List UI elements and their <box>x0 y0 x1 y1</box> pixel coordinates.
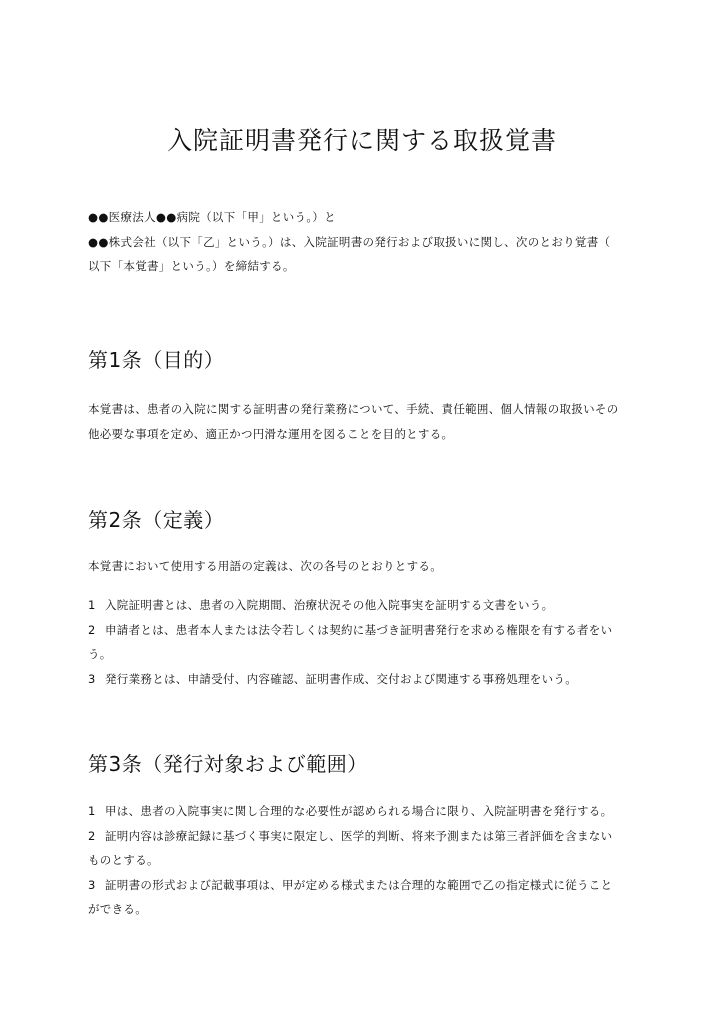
body-line: 本覚書は、患者の入院に関する証明書の発行業務について、手続、責任範囲、個人情報の… <box>88 397 648 422</box>
article-1-heading: 第1条（目的） <box>88 346 224 374</box>
list-item-continuation: う。 <box>88 642 648 667</box>
body-line: 他必要な事項を定め、適正かつ円滑な運用を図ることを目的とする。 <box>88 422 648 447</box>
document-page: 入院証明書発行に関する取扱覚書 ●●医療法人●●病院（以下「甲」という。）と ●… <box>0 0 724 1024</box>
preamble-line: ●●医療法人●●病院（以下「甲」という。）と <box>88 205 648 230</box>
item-text: 入院証明書とは、患者の入院期間、治療状況その他入院事実を証明する文書をいう。 <box>105 598 553 612</box>
item-text: 発行業務とは、申請受付、内容確認、証明書作成、交付および関連する事務処理をいう。 <box>105 672 577 686</box>
preamble-line: ●●株式会社（以下「乙」という。）は、入院証明書の発行および取扱いに関し、次のと… <box>88 230 648 255</box>
list-item-continuation: ものとする。 <box>88 848 648 873</box>
intro-line: 本覚書において使用する用語の定義は、次の各号のとおりとする。 <box>88 554 648 579</box>
item-text: 申請者とは、患者本人または法令若しくは契約に基づき証明書発行を求める権限を有する… <box>105 623 612 637</box>
list-item: 3証明書の形式および記載事項は、甲が定める様式または合理的な範囲で乙の指定様式に… <box>88 873 648 898</box>
list-item-continuation: ができる。 <box>88 897 648 922</box>
article-2-items: 1入院証明書とは、患者の入院期間、治療状況その他入院事実を証明する文書をいう。 … <box>88 593 648 691</box>
item-number: 2 <box>88 618 105 643</box>
item-number: 1 <box>88 799 105 824</box>
item-text: 証明書の形式および記載事項は、甲が定める様式または合理的な範囲で乙の指定様式に従… <box>105 878 612 892</box>
article-3-heading: 第3条（発行対象および範囲） <box>88 750 368 778</box>
article-2-heading: 第2条（定義） <box>88 506 224 534</box>
article-3-items: 1甲は、患者の入院事実に関し合理的な必要性が認められる場合に限り、入院証明書を発… <box>88 799 648 922</box>
list-item: 3発行業務とは、申請受付、内容確認、証明書作成、交付および関連する事務処理をいう… <box>88 667 648 692</box>
item-number: 3 <box>88 667 105 692</box>
item-text: 甲は、患者の入院事実に関し合理的な必要性が認められる場合に限り、入院証明書を発行… <box>105 804 612 818</box>
item-text: 証明内容は診療記録に基づく事実に限定し、医学的判断、将来予測または第三者評価を含… <box>105 829 612 843</box>
article-2-intro: 本覚書において使用する用語の定義は、次の各号のとおりとする。 <box>88 554 648 579</box>
preamble: ●●医療法人●●病院（以下「甲」という。）と ●●株式会社（以下「乙」という。）… <box>88 205 648 279</box>
list-item: 1甲は、患者の入院事実に関し合理的な必要性が認められる場合に限り、入院証明書を発… <box>88 799 648 824</box>
document-title: 入院証明書発行に関する取扱覚書 <box>0 124 724 158</box>
item-number: 2 <box>88 824 105 849</box>
list-item: 2申請者とは、患者本人または法令若しくは契約に基づき証明書発行を求める権限を有す… <box>88 618 648 643</box>
list-item: 2証明内容は診療記録に基づく事実に限定し、医学的判断、将来予測または第三者評価を… <box>88 824 648 849</box>
preamble-line: 以下「本覚書」という。）を締結する。 <box>88 254 648 279</box>
list-item: 1入院証明書とは、患者の入院期間、治療状況その他入院事実を証明する文書をいう。 <box>88 593 648 618</box>
item-number: 1 <box>88 593 105 618</box>
article-1-body: 本覚書は、患者の入院に関する証明書の発行業務について、手続、責任範囲、個人情報の… <box>88 397 648 446</box>
item-number: 3 <box>88 873 105 898</box>
